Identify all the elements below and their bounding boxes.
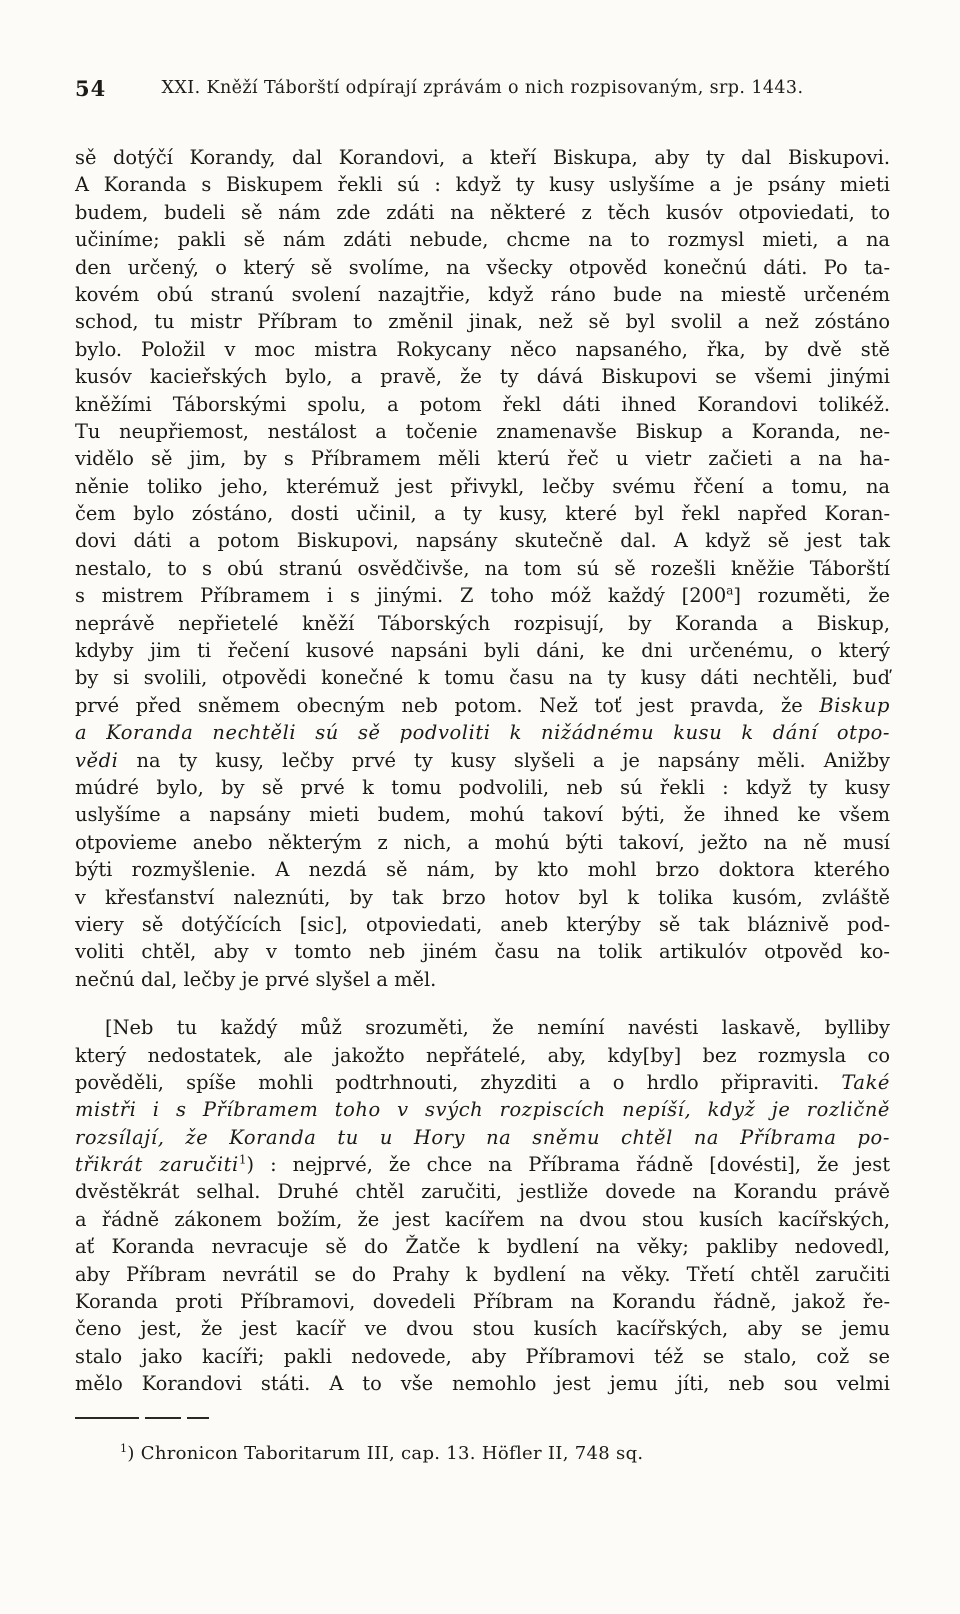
text-line: Koranda proti Příbramovi, dovedeli Příbr… [75, 1288, 890, 1315]
footnote-text: ) Chronicon Taboritarum III, cap. 13. Hö… [127, 1443, 643, 1464]
text-line: dovi dáti a potom Biskupovi, napsány sku… [75, 527, 890, 554]
text-line: mělo Korandovi státi. A to vše nemohlo j… [75, 1370, 890, 1397]
paragraph: [Neb tu každý můž srozuměti, že nemíní n… [75, 1014, 890, 1397]
text-line: [Neb tu každý můž srozuměti, že nemíní n… [75, 1014, 890, 1041]
text-line: kdyby jim ti řečení kusové napsáni byli … [75, 637, 890, 664]
header-title: XXI. Kněží Táborští odpírají zprávám o n… [75, 78, 890, 98]
text-line: ať Koranda nevracuje sě do Žatče k bydle… [75, 1233, 890, 1260]
text-line: nestalo, to s obú stranú osvědčivše, na … [75, 555, 890, 582]
text-line: stalo jako kacíři; pakli nedovede, aby P… [75, 1343, 890, 1370]
text-line: čem bylo zóstáno, dosti učinil, a ty kus… [75, 500, 890, 527]
text-line: viery sě dotýčících [sic], otpoviedati, … [75, 911, 890, 938]
page-number: 54 [75, 76, 106, 101]
footnote-rule [75, 1417, 209, 1419]
text-line: který nedostatek, ale jakožto nepřátelé,… [75, 1042, 890, 1069]
text-line: rozsílají, že Koranda tu u Hory na sněmu… [75, 1124, 890, 1151]
text-line: a Koranda nechtěli sú sě podvoliti k niž… [75, 719, 890, 746]
text-line: den určený, o který sě svolíme, na všeck… [75, 254, 890, 281]
text-line: aby Příbram nevrátil se do Prahy k bydle… [75, 1261, 890, 1288]
text-line: prvé před sněmem obecným neb potom. Než … [75, 692, 890, 719]
text-line: A Koranda s Biskupem řekli sú : když ty … [75, 171, 890, 198]
text-line: třikrát zaručiti1) : nejprvé, že chce na… [75, 1151, 890, 1178]
text-line: nečnú dal, lečby je prvé slyšel a měl. [75, 966, 890, 993]
text-line: něnie toliko jeho, kterémuž jest přivykl… [75, 473, 890, 500]
text-line: vidělo sě jim, by s Příbramem měli kterú… [75, 445, 890, 472]
text-line: kusóv kacieřských bylo, a pravě, že ty d… [75, 363, 890, 390]
text-line: kovém obú stranú svolení nazajtřie, když… [75, 281, 890, 308]
text-line: by si svolili, otpovědi konečné k tomu č… [75, 664, 890, 691]
text-line: mistři i s Příbramem toho v svých rozpis… [75, 1096, 890, 1123]
text-line: Tu neupřiemost, nestálost a točenie znam… [75, 418, 890, 445]
scan-page: 54 XXI. Kněží Táborští odpírají zprávám … [0, 0, 960, 1614]
text-line: otpovieme anebo některým z nich, a mohú … [75, 829, 890, 856]
text-line: sě dotýčí Korandy, dal Korandovi, a kteř… [75, 144, 890, 171]
body-text: sě dotýčí Korandy, dal Korandovi, a kteř… [75, 144, 890, 1398]
text-line: uslyšíme a napsány mieti budem, mohú tak… [75, 801, 890, 828]
text-line: dvěstěkrát selhal. Druhé chtěl zaručiti,… [75, 1178, 890, 1205]
text-line: pověděli, spíše mohli podtrhnouti, zhyzd… [75, 1069, 890, 1096]
text-line: voliti chtěl, aby v tomto neb jiném času… [75, 938, 890, 965]
text-line: kněžími Táborskými spolu, a potom řekl d… [75, 391, 890, 418]
text-line: neprávě nepřietelé kněží Táborských rozp… [75, 610, 890, 637]
text-line: čeno jest, že jest kacíř ve dvou stou ku… [75, 1315, 890, 1342]
text-line: budem, budeli sě nám zde zdáti na někter… [75, 199, 890, 226]
text-line: učiníme; pakli sě nám zdáti nebude, chcm… [75, 226, 890, 253]
page-header: 54 XXI. Kněží Táborští odpírají zprávám … [75, 78, 890, 104]
text-line: a řádně zákonem božím, že jest kacířem n… [75, 1206, 890, 1233]
text-line: býti rozmyšlenie. A nezdá sě nám, by kto… [75, 856, 890, 883]
text-line: bylo. Položil v moc mistra Rokycany něco… [75, 336, 890, 363]
text-line: v křesťanství naleznúti, by tak brzo hot… [75, 884, 890, 911]
footnote: 1) Chronicon Taboritarum III, cap. 13. H… [75, 1443, 890, 1464]
text-line: s mistrem Příbramem i s jinými. Z toho m… [75, 582, 890, 609]
text-line: múdré bylo, by sě prvé k tomu podvolili,… [75, 774, 890, 801]
text-line: schod, tu mistr Příbram to změnil jinak,… [75, 308, 890, 335]
paragraph: sě dotýčí Korandy, dal Korandovi, a kteř… [75, 144, 890, 993]
text-line: vědi na ty kusy, lečby prvé ty kusy slyš… [75, 747, 890, 774]
